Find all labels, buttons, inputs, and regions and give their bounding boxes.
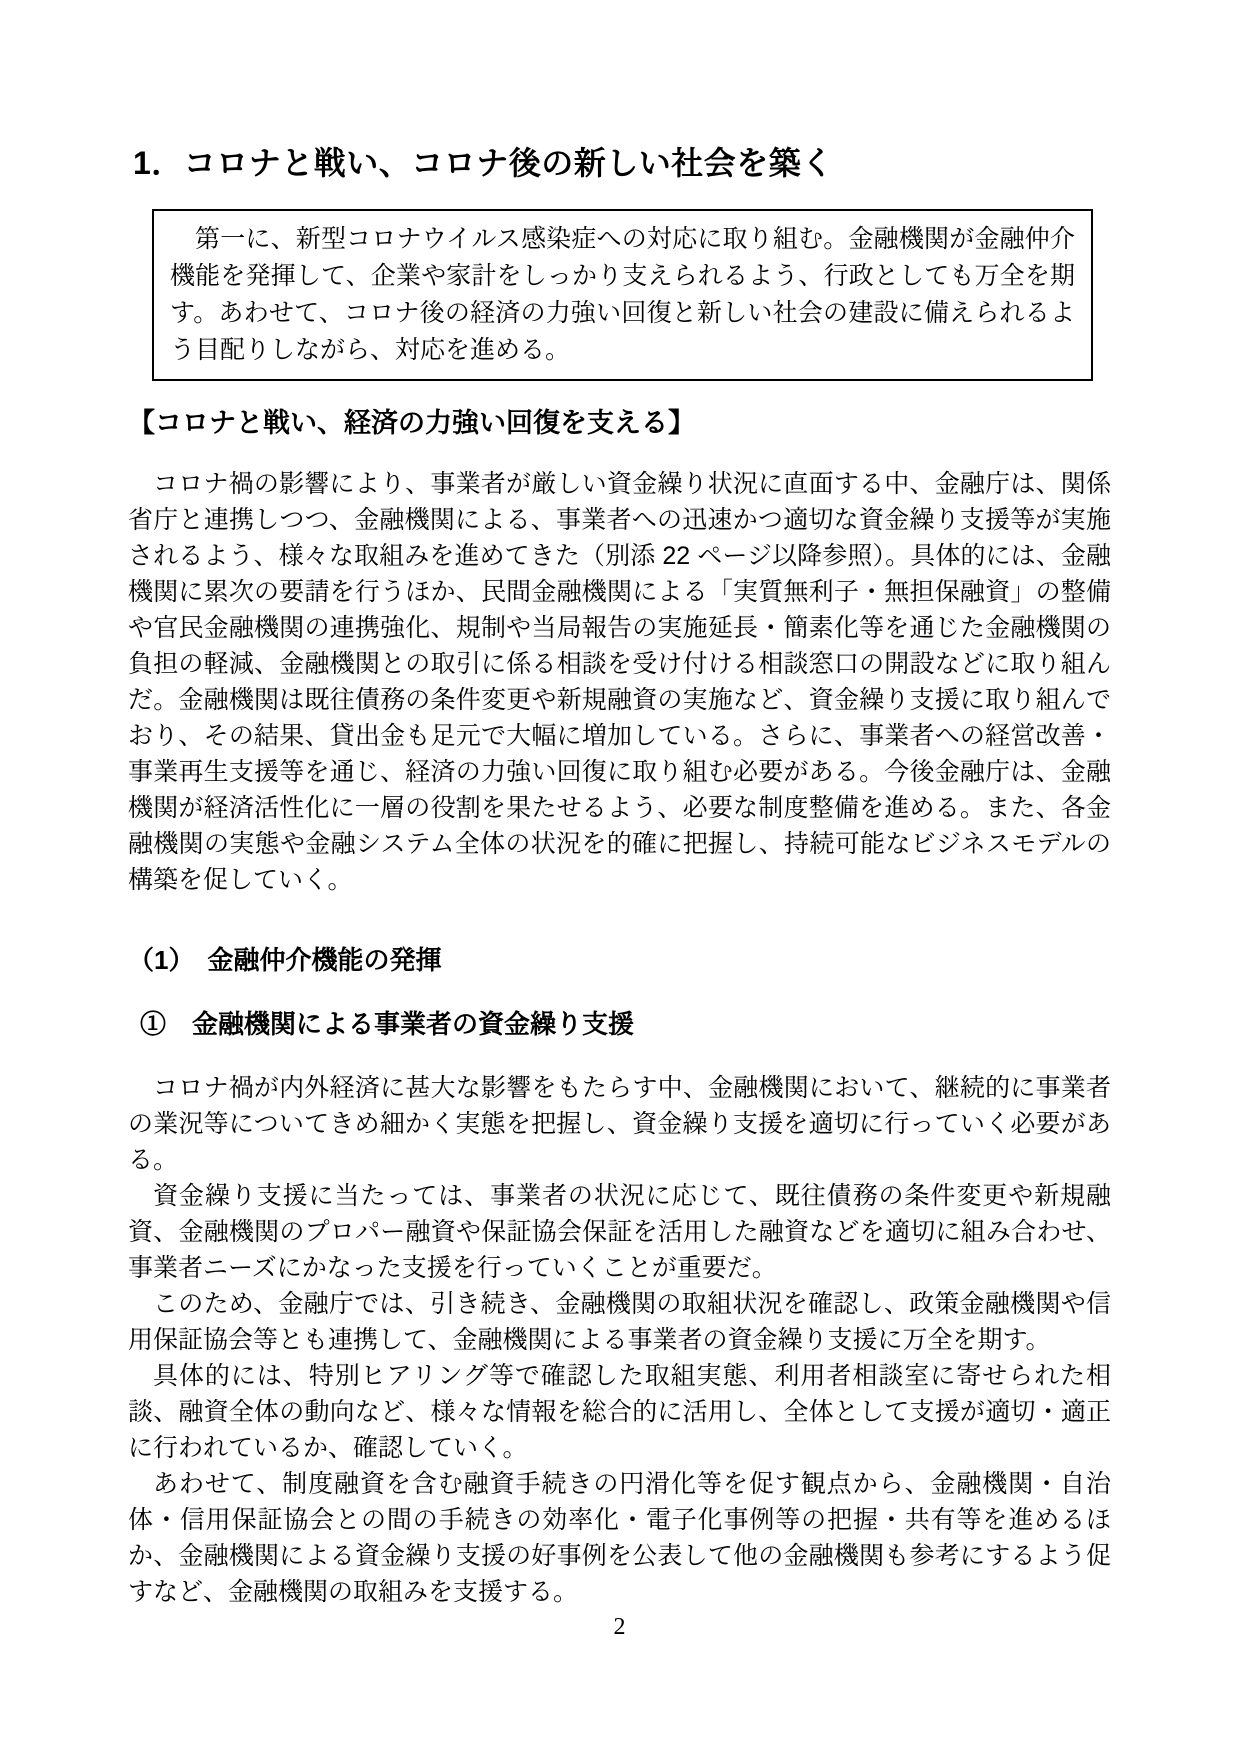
section-paragraph: コロナ禍の影響により、事業者が厳しい資金繰り状況に直面する中、金融庁は、関係省庁… (128, 466, 1111, 898)
summary-box-text: 第一に、新型コロナウイルス感染症への対応に取り組む。金融機関が金融仲介機能を発揮… (170, 221, 1075, 369)
chapter-title: 1．コロナと戦い、コロナ後の新しい社会を築く (133, 145, 1111, 181)
item-paragraph: このため、金融庁では、引き続き、金融機関の取組状況を確認し、政策金融機関や信用保… (128, 1286, 1111, 1358)
item-paragraph: あわせて、制度融資を含む融資手続きの円滑化等を促す観点から、金融機関・自治体・信… (128, 1466, 1111, 1610)
item-paragraph: 資金繰り支援に当たっては、事業者の状況に応じて、既往債務の条件変更や新規融資、金… (128, 1178, 1111, 1286)
item-paragraphs: コロナ禍が内外経済に甚大な影響をもたらす中、金融機関において、継続的に事業者の業… (128, 1070, 1111, 1610)
section-heading: 【コロナと戦い、経済の力強い回復を支える】 (128, 407, 1111, 439)
item-paragraph: 具体的には、特別ヒアリング等で確認した取組実態、利用者相談室に寄せられた相談、融… (128, 1358, 1111, 1466)
subsection-heading: （1） 金融仲介機能の発揮 (128, 944, 1111, 976)
document-page: 1．コロナと戦い、コロナ後の新しい社会を築く 第一に、新型コロナウイルス感染症へ… (0, 0, 1241, 1754)
summary-box: 第一に、新型コロナウイルス感染症への対応に取り組む。金融機関が金融仲介機能を発揮… (152, 209, 1093, 381)
page-number: 2 (128, 1612, 1111, 1642)
item-heading: ① 金融機関による事業者の資金繰り支援 (140, 1008, 1111, 1040)
item-paragraph: コロナ禍が内外経済に甚大な影響をもたらす中、金融機関において、継続的に事業者の業… (128, 1070, 1111, 1178)
